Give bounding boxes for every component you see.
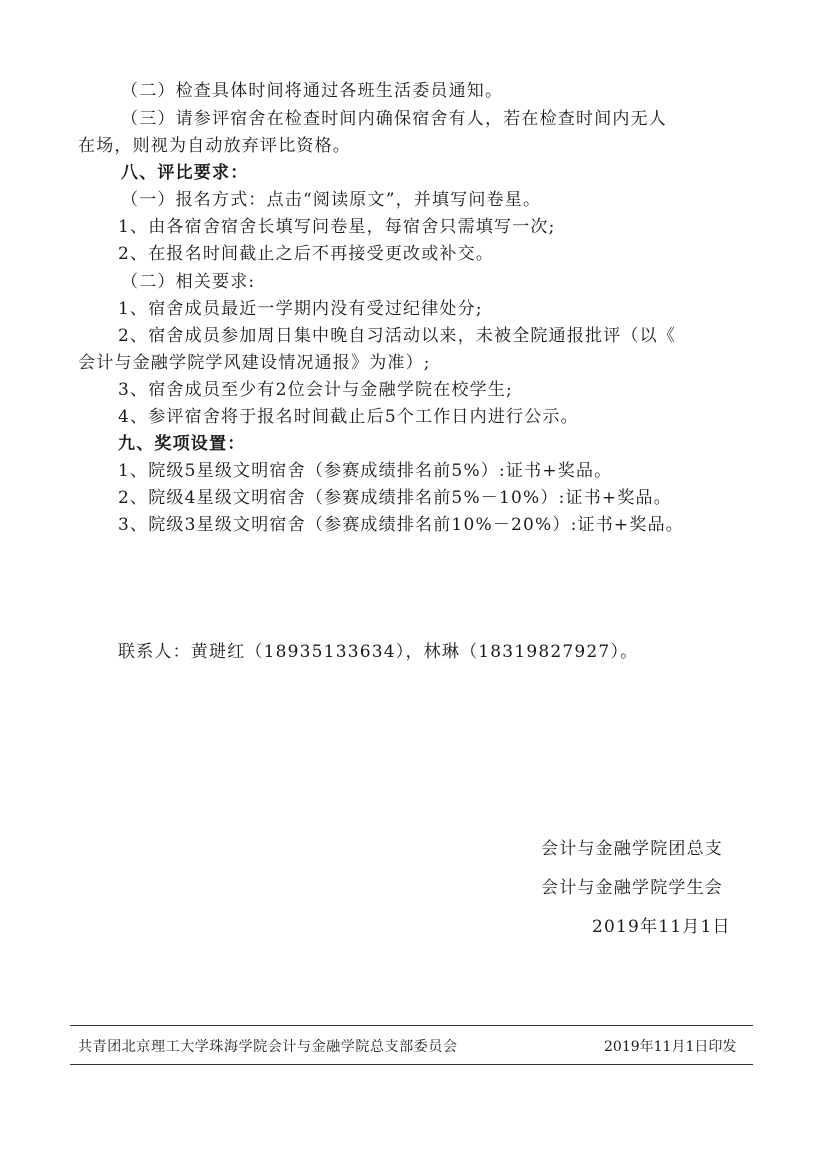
signature-date: 2019年11月1日 — [592, 916, 731, 938]
section-heading-8: 八、评比要求： — [121, 162, 248, 184]
paragraph-line: 1、由各宿舍宿舍长填写问卷星，每宿舍只需填写一次; — [118, 216, 556, 238]
paragraph-line: 4、参评宿舍将于报名时间截止后5个工作日内进行公示。 — [118, 406, 579, 428]
paragraph-line: （三）请参评宿舍在检查时间内确保宿舍有人，若在检查时间内无人 — [121, 108, 667, 130]
paragraph-line: （二）相关要求: — [121, 271, 255, 293]
paragraph-line: （二）检查具体时间将通过各班生活委员通知。 — [121, 80, 503, 102]
paragraph-line: 2、在报名时间截止之后不再接受更改或补交。 — [118, 243, 494, 265]
award-item: 2、院级4星级文明宿舍（参赛成绩排名前5%－10%）:证书+奖品。 — [118, 487, 672, 509]
paragraph-line: 会计与金融学院学风建设情况通报》为准）; — [78, 352, 431, 374]
footer-issuer: 共青团北京理工大学珠海学院会计与金融学院总支部委员会 — [78, 1038, 458, 1056]
footer-top-rule — [70, 1025, 753, 1026]
paragraph-line: 1、宿舍成员最近一学期内没有受过纪律处分; — [118, 298, 483, 320]
signature-org-1: 会计与金融学院团总支 — [541, 838, 723, 860]
footer-bottom-rule — [70, 1064, 753, 1065]
award-item: 3、院级3星级文明宿舍（参赛成绩排名前10%－20%）:证书+奖品。 — [118, 514, 684, 536]
award-item: 1、院级5星级文明宿舍（参赛成绩排名前5%）:证书+奖品。 — [118, 460, 612, 482]
paragraph-line: 在场，则视为自动放弃评比资格。 — [78, 135, 351, 157]
paragraph-line: 2、宿舍成员参加周日集中晚自习活动以来，未被全院通报批评（以《 — [118, 325, 676, 347]
contact-line: 联系人：黄琎红（18935133634），林琳（18319827927）。 — [118, 641, 638, 663]
paragraph-line: 3、宿舍成员至少有2位会计与金融学院在校学生; — [118, 379, 513, 401]
section-heading-9: 九、奖项设置： — [118, 433, 245, 455]
footer-issue-date: 2019年11月1日印发 — [604, 1038, 736, 1056]
paragraph-line: （一）报名方式：点击“阅读原文”，并填写问卷星。 — [121, 189, 541, 211]
signature-org-2: 会计与金融学院学生会 — [541, 877, 723, 899]
